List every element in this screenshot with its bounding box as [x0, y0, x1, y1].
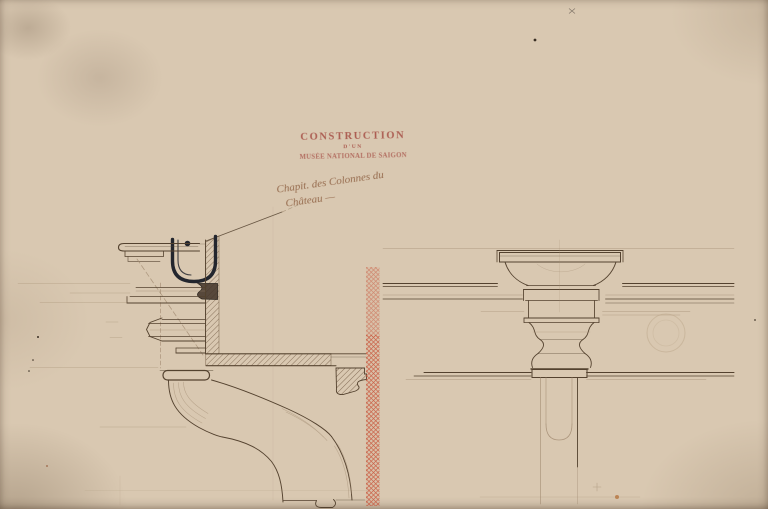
capital — [497, 251, 623, 378]
molding-lines — [127, 288, 205, 354]
red-chalk-axis-hatch — [366, 267, 380, 506]
capital-elevation-view — [383, 240, 734, 504]
console-scroll — [160, 371, 365, 508]
blind-stamp — [647, 314, 685, 352]
stamp-line-1: CONSTRUCTION — [294, 129, 412, 144]
soffit-hatch — [206, 354, 331, 366]
course-lines — [383, 249, 734, 380]
stamp-line-2: D'UN — [294, 143, 412, 152]
drawing-linework — [0, 0, 768, 509]
crown-molding-solid — [198, 284, 218, 300]
drawing-sheet: CONSTRUCTION D'UN MUSÉE NATIONAL DE SAIG… — [0, 0, 768, 509]
construction-stamp: CONSTRUCTION D'UN MUSÉE NATIONAL DE SAIG… — [294, 129, 413, 163]
paper-specks — [28, 9, 756, 500]
bracket-profile — [336, 368, 367, 395]
cornice-section-view — [18, 205, 368, 508]
